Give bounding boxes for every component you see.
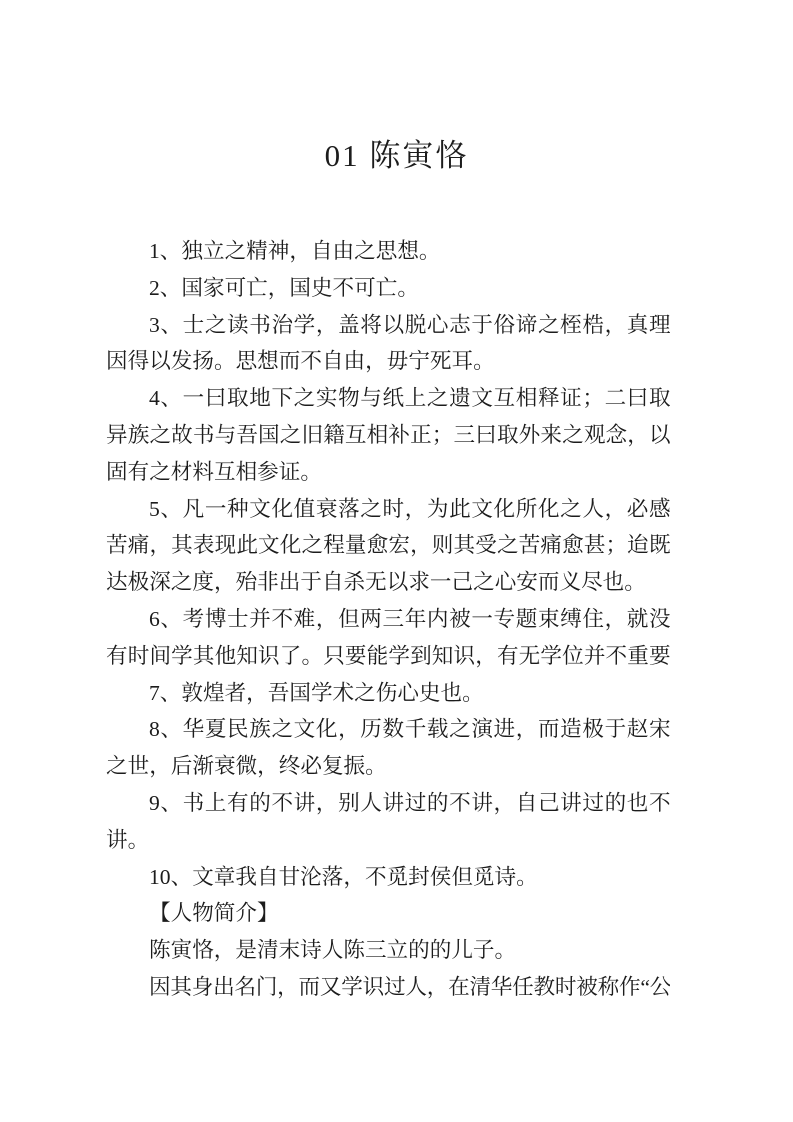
text-line: 因其身出名门，而又学识过人，在清华任教时被称作“公 (106, 969, 670, 1006)
document-body: 1、独立之精神，自由之思想。2、国家可亡，国史不可亡。3、士之读书治学，盖将以脱… (106, 233, 670, 1006)
text-line: 因得以发扬。思想而不自由，毋宁死耳。 (106, 343, 670, 380)
text-line: 讲。 (106, 822, 670, 859)
text-line: 异族之故书与吾国之旧籍互相补正；三曰取外来之观念，以 (106, 417, 670, 454)
text-line: 3、士之读书治学，盖将以脱心志于俗谛之桎梏，真理 (106, 307, 670, 344)
text-line: 有时间学其他知识了。只要能学到知识，有无学位并不重要 (106, 638, 670, 675)
document-page: 01 陈寅恪 1、独立之精神，自由之思想。2、国家可亡，国史不可亡。3、士之读书… (0, 0, 793, 1122)
text-line: 7、敦煌者，吾国学术之伤心史也。 (106, 675, 670, 712)
text-line: 之世，后渐衰微，终必复振。 (106, 748, 670, 785)
page-title: 01 陈寅恪 (0, 134, 793, 178)
text-line: 10、文章我自甘沦落，不觅封侯但觅诗。 (106, 859, 670, 896)
text-line: 6、考博士并不难，但两三年内被一专题束缚住，就没 (106, 601, 670, 638)
text-line: 8、华夏民族之文化，历数千载之演进，而造极于赵宋 (106, 711, 670, 748)
text-line: 固有之材料互相参证。 (106, 454, 670, 491)
text-line: 【人物简介】 (106, 895, 670, 932)
text-line: 4、一曰取地下之实物与纸上之遗文互相释证；二曰取 (106, 380, 670, 417)
text-line: 达极深之度，殆非出于自杀无以求一己之心安而义尽也。 (106, 564, 670, 601)
text-line: 9、书上有的不讲，别人讲过的不讲，自己讲过的也不 (106, 785, 670, 822)
text-line: 陈寅恪，是清末诗人陈三立的的儿子。 (106, 932, 670, 969)
text-line: 苦痛，其表现此文化之程量愈宏，则其受之苦痛愈甚；迨既 (106, 527, 670, 564)
text-line: 2、国家可亡，国史不可亡。 (106, 270, 670, 307)
text-line: 1、独立之精神，自由之思想。 (106, 233, 670, 270)
text-line: 5、凡一种文化值衰落之时，为此文化所化之人，必感 (106, 491, 670, 528)
